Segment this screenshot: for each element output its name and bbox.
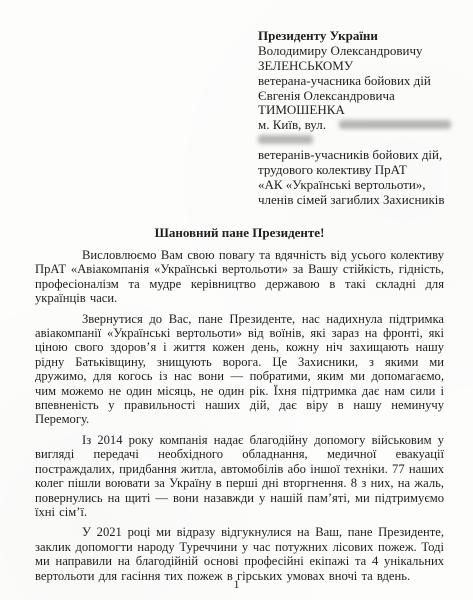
- sender-name: Євгенія Олександровича: [258, 89, 463, 104]
- addressee-name: Володимиру Олександровичу: [258, 44, 463, 59]
- body-paragraph: У 2021 році ми відразу відгукнулися на В…: [35, 525, 444, 583]
- body-paragraph: Звернутися до Вас, пане Президенте, нас …: [35, 312, 444, 427]
- sender-role: ветерана-учасника бойових дій: [258, 74, 463, 89]
- body-paragraph: Із 2014 року компанія надає благодійну д…: [35, 433, 444, 519]
- sender-surname: ТИМОШЕНКА: [258, 103, 463, 118]
- scanned-letter-page: Президенту України Володимиру Олександро…: [0, 0, 473, 600]
- addressee-surname: ЗЕЛЕНСЬКОМУ: [258, 59, 463, 74]
- on-behalf-line: трудового колективу ПрАТ: [258, 163, 463, 178]
- sender-address-line: м. Київ, вул.: [258, 118, 463, 133]
- address-prefix: м. Київ, вул.: [258, 117, 326, 132]
- addressee-title: Президенту України: [258, 29, 463, 44]
- page-number: 1: [0, 577, 473, 592]
- letter-body: Шановний пане Президенте! Висловлюємо Ва…: [35, 225, 444, 589]
- body-paragraph: Висловлюємо Вам свою повагу та вдячність…: [35, 248, 444, 306]
- redacted-address-strip-2: [258, 135, 313, 144]
- recipient-block: Президенту України Володимиру Олександро…: [258, 29, 463, 208]
- on-behalf-line: членів сімей загиблих Захисників: [258, 193, 463, 208]
- redacted-address-strip-1: [339, 120, 451, 129]
- on-behalf-line: «АК «Українські вертольоти»,: [258, 178, 463, 193]
- salutation: Шановний пане Президенте!: [35, 225, 444, 240]
- sender-address-line-2: [258, 133, 463, 148]
- on-behalf-line: ветеранів-учасників бойових дій,: [258, 148, 463, 163]
